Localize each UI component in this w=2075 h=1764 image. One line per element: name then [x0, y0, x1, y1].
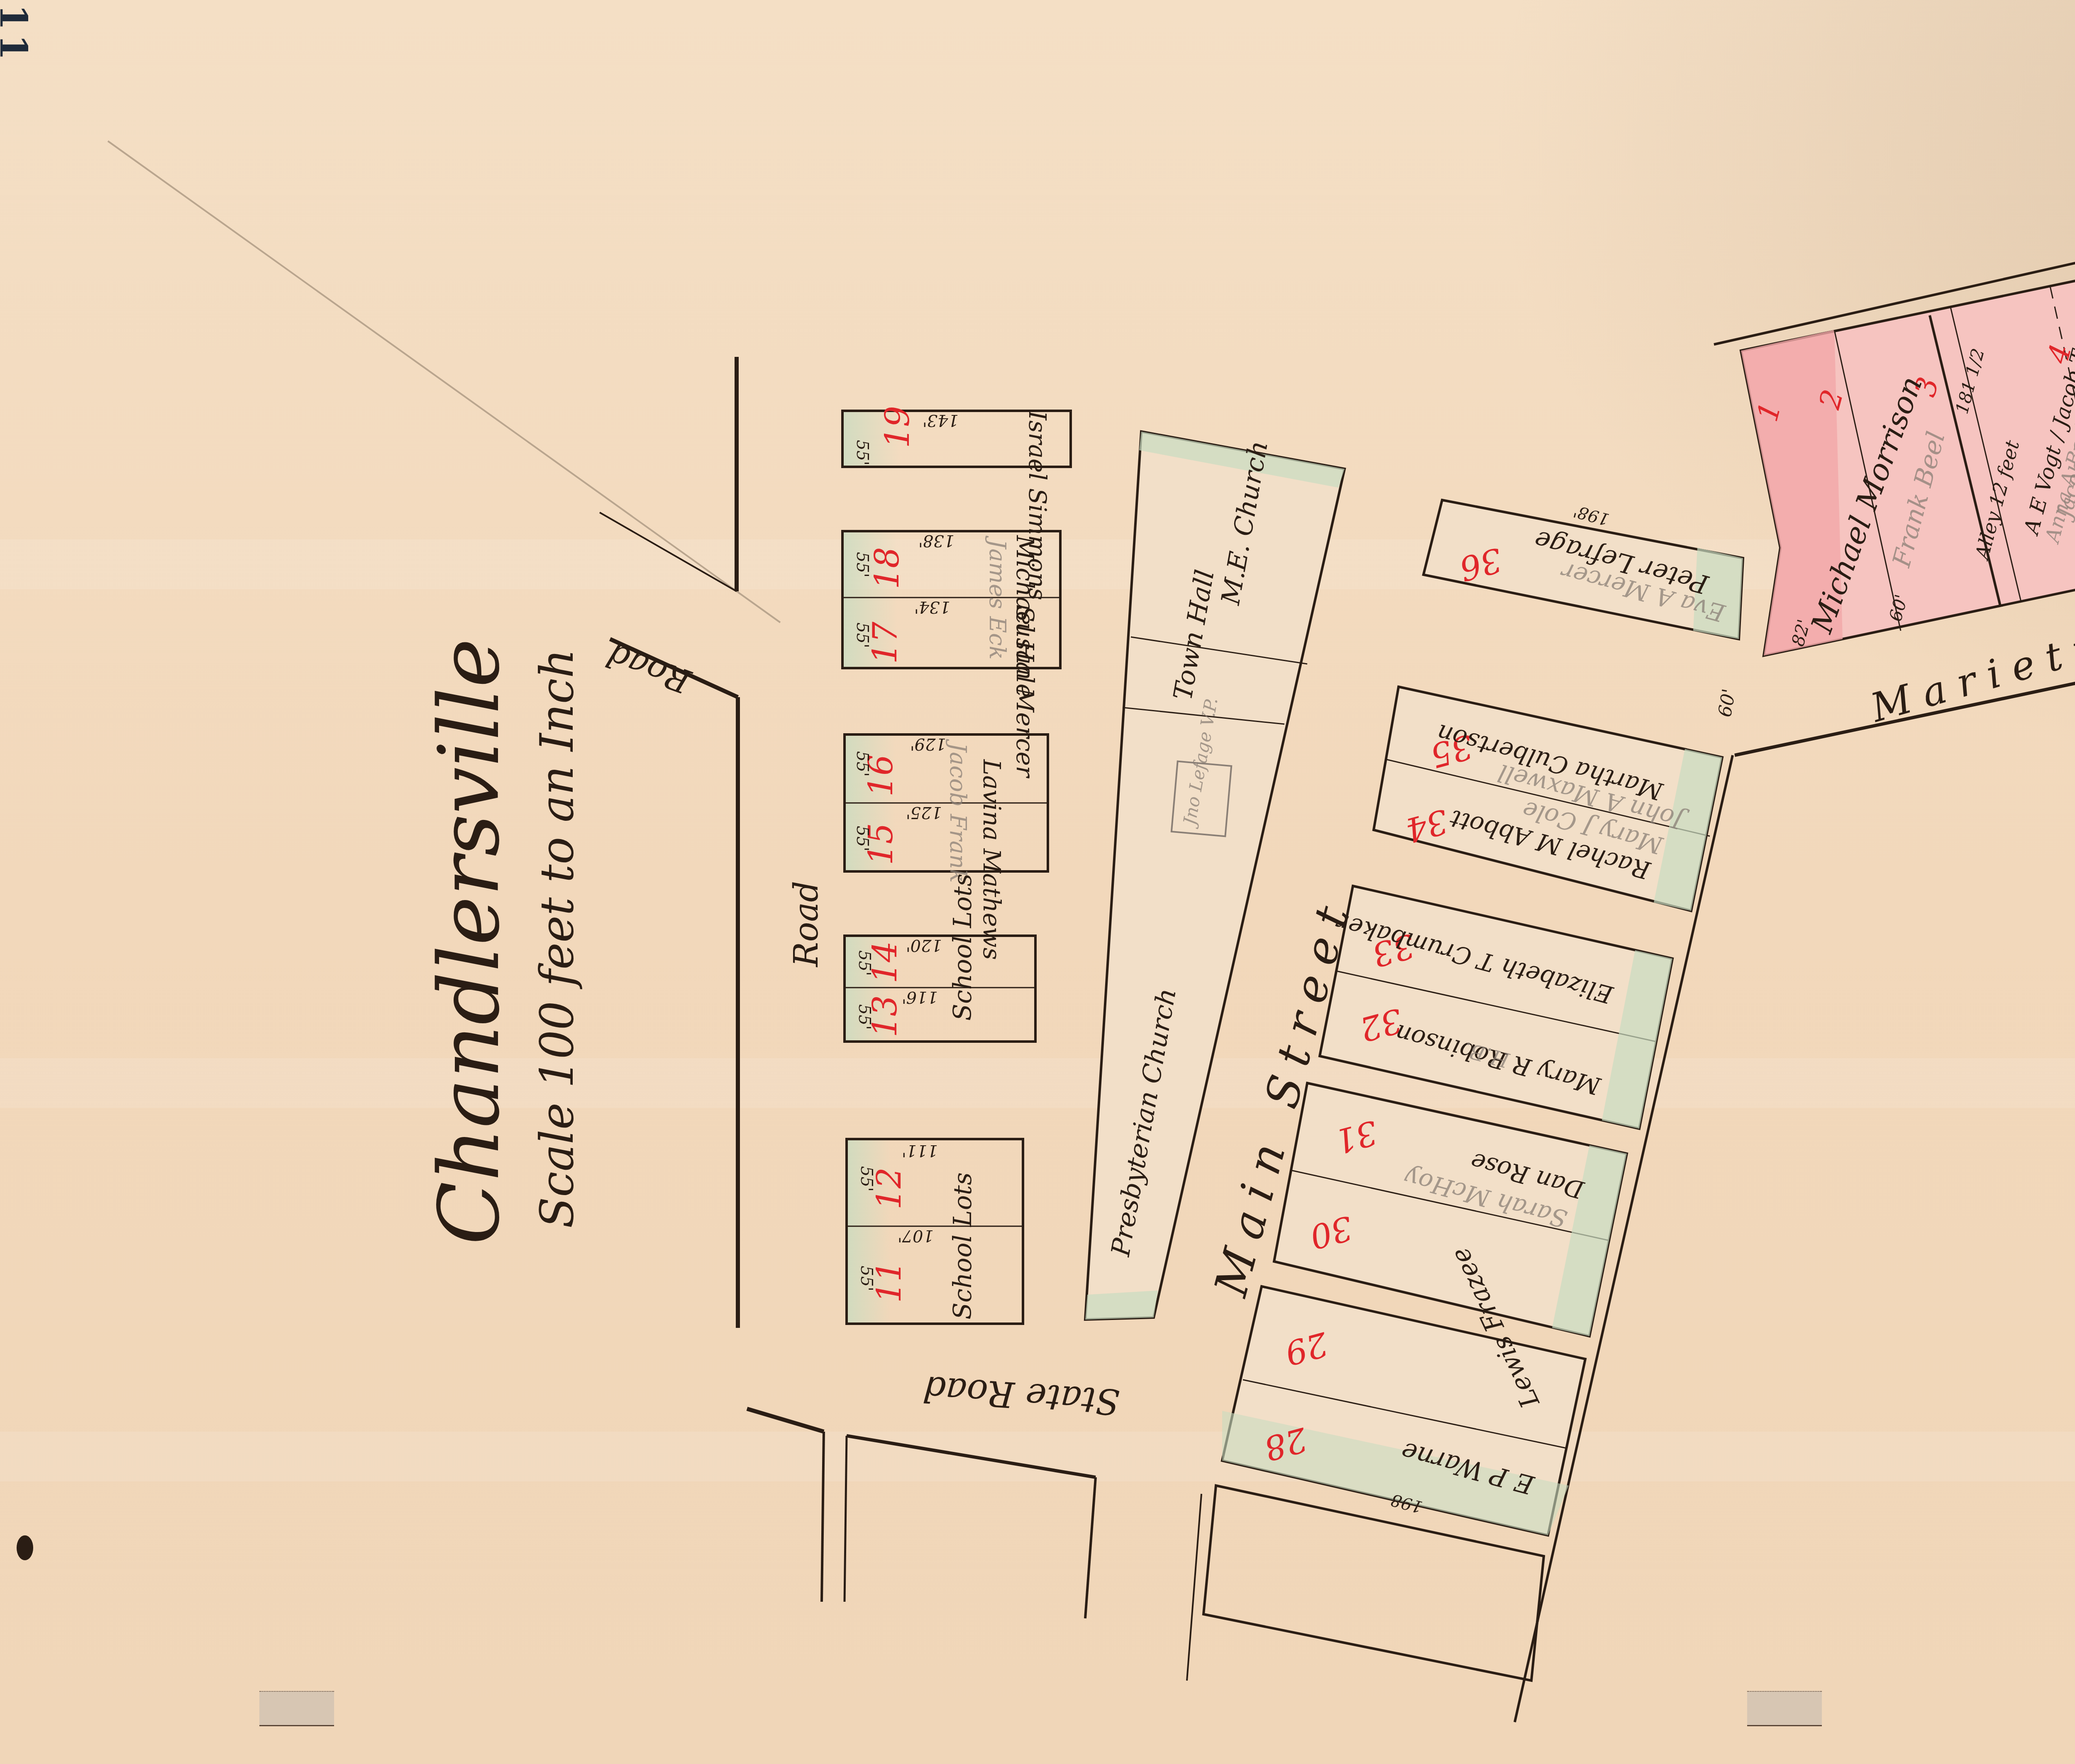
- map-title: Chandlersville: [421, 638, 518, 1245]
- road-label-state: State Road: [922, 1368, 1121, 1422]
- road-label-west: Road: [787, 881, 825, 968]
- lot-depth: 120': [906, 936, 942, 955]
- binding-tab: [1747, 1691, 1822, 1726]
- lot-front: 55': [855, 950, 874, 976]
- lot-front: 55': [857, 1166, 876, 1192]
- lot-owner: School Lots: [948, 873, 977, 1021]
- lot-owner: School Lots: [948, 1172, 977, 1320]
- faint-guide-line: [108, 141, 780, 622]
- lot-depth: 198': [1571, 501, 1611, 529]
- lot-depth: 129': [910, 734, 946, 754]
- lot-number: 18: [868, 547, 906, 589]
- lot-front: 55': [853, 552, 872, 578]
- lot-owner: Lavina Mathews: [978, 759, 1006, 960]
- lot-front: 55': [853, 751, 872, 777]
- lot-front: 55': [855, 1004, 874, 1030]
- lot-owner: Susan Mercer: [1011, 606, 1039, 778]
- lot-number: 19: [878, 406, 917, 448]
- lot-depth: 134': [914, 598, 950, 617]
- lot-pencil-note: Jacob Frank: [945, 739, 972, 883]
- lot-front: 55': [853, 440, 872, 466]
- lot-front: 55': [853, 826, 872, 852]
- road-label-branch: Road: [602, 635, 696, 701]
- map-scale: Scale 100 feet to an Inch: [530, 649, 583, 1228]
- lot-depth: 111': [902, 1141, 938, 1160]
- lot-front: 55': [853, 622, 872, 648]
- binding-tab: [259, 1691, 334, 1726]
- lot-depth: 138': [918, 531, 954, 550]
- corner-width: 60': [1714, 687, 1740, 719]
- plat-drawing: Chandlersville Scale 100 feet to an Inch…: [0, 0, 2075, 1764]
- lot-front: 55': [857, 1266, 876, 1291]
- lot-depth: 143': [923, 411, 959, 430]
- lot-pencil-note: James Eck: [984, 535, 1011, 660]
- lot-depth: 125': [906, 803, 942, 822]
- lot-depth: 107': [898, 1226, 934, 1245]
- lot-depth: 116': [902, 988, 938, 1007]
